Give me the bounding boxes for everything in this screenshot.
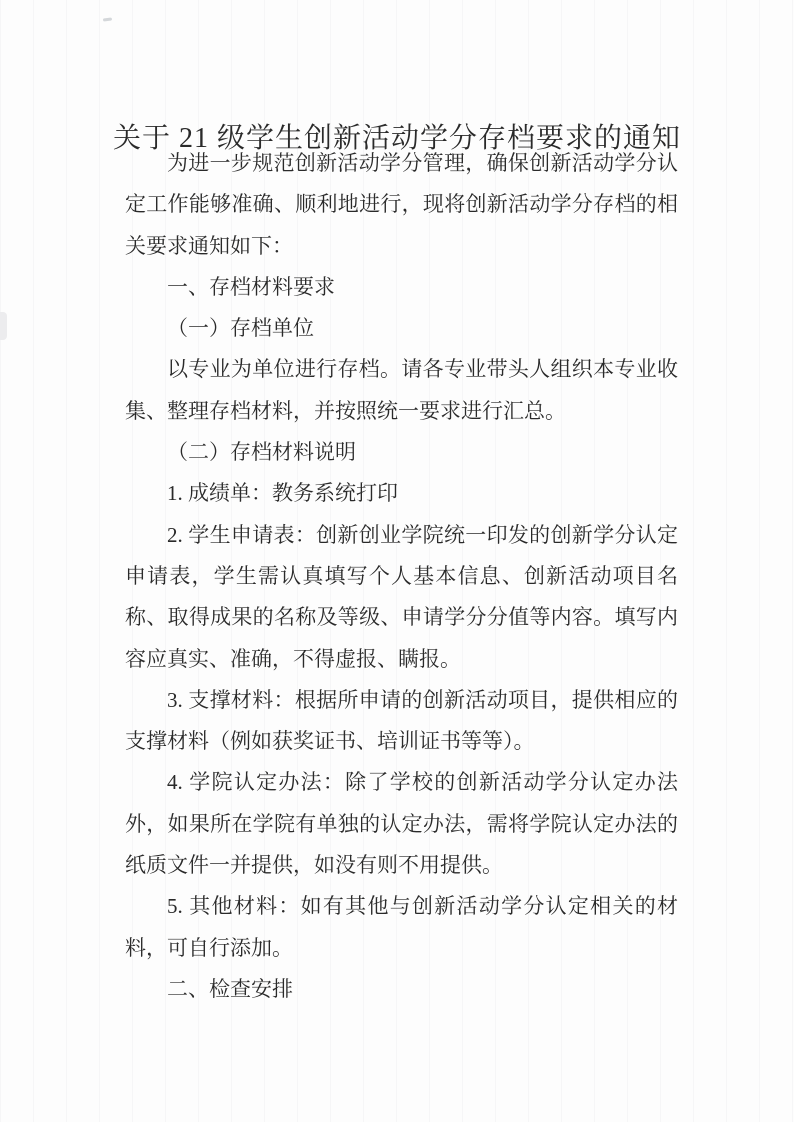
item-transcript: 1. 成绩单：教务系统打印 (125, 473, 678, 514)
paragraph-archive-unit: 以专业为单位进行存档。请各专业带头人组织本专业收集、整理存档材料，并按照统一要求… (125, 349, 678, 432)
document-body: 为进一步规范创新活动学分管理，确保创新活动学分认定工作能够准确、顺利地进行，现将… (125, 143, 678, 1010)
heading-section-2: 二、检查安排 (125, 969, 678, 1010)
scan-artifact-edge-blob (0, 312, 7, 340)
scanned-page: 关于 21 级学生创新活动学分存档要求的通知 为进一步规范创新活动学分管理，确保… (0, 0, 794, 1122)
paragraph-intro: 为进一步规范创新活动学分管理，确保创新活动学分认定工作能够准确、顺利地进行，现将… (125, 143, 678, 267)
item-supporting-materials: 3. 支撑材料：根据所申请的创新活动项目，提供相应的支撑材料（例如获奖证书、培训… (125, 680, 678, 763)
item-application-form: 2. 学生申请表：创新创业学院统一印发的创新学分认定申请表，学生需认真填写个人基… (125, 515, 678, 680)
subheading-archive-unit: （一）存档单位 (125, 308, 678, 349)
heading-section-1: 一、存档材料要求 (125, 267, 678, 308)
subheading-material-description: （二）存档材料说明 (125, 432, 678, 473)
scan-artifact-dash (103, 17, 112, 21)
item-other-materials: 5. 其他材料：如有其他与创新活动学分认定相关的材料，可自行添加。 (125, 886, 678, 969)
item-college-measures: 4. 学院认定办法：除了学校的创新活动学分认定办法外，如果所在学院有单独的认定办… (125, 762, 678, 886)
